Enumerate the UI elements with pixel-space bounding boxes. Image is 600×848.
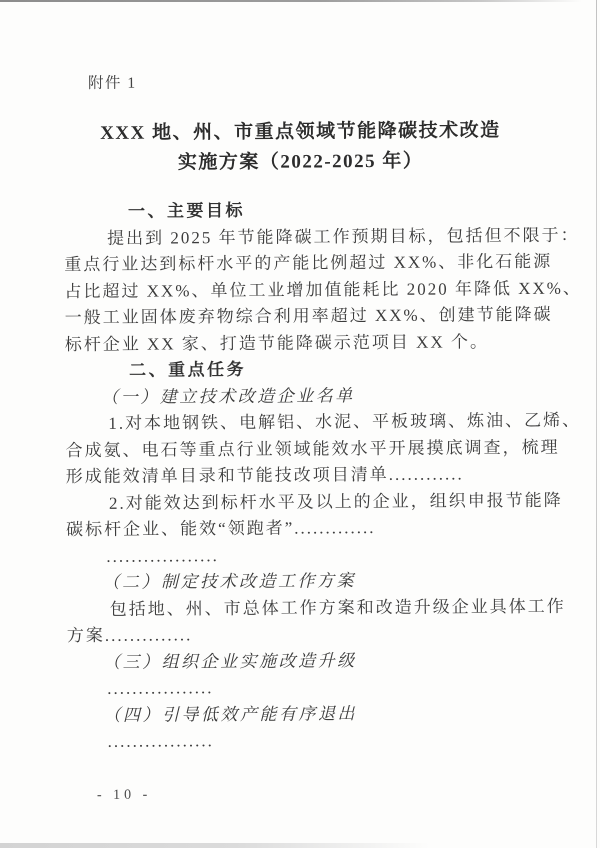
text-line: 1.对本地钢铁、电解铝、水泥、平板玻璃、炼油、乙烯、 <box>108 408 545 438</box>
paragraph-goals: 提出到 2025 年节能降碳工作预期目标，包括但不限于： 重点行业达到标杆水平的… <box>64 222 545 358</box>
document-title: XXX 地、州、市重点领域节能降碳技术改造 实施方案（2022-2025 年） <box>0 115 600 179</box>
paragraph-item-1: 1.对本地钢铁、电解铝、水泥、平板玻璃、炼油、乙烯、 合成氨、电石等重点行业领域… <box>65 408 546 491</box>
sub-heading-2: （二）制定技术改造工作方案 <box>66 567 546 597</box>
text-line: 一般工业固体废弃物综合利用率超过 XX%、创建节能降碳 <box>65 302 545 332</box>
text-line: .................. <box>106 540 546 570</box>
text-line: 形成能效清单目录和节能技改项目清单............ <box>66 461 546 491</box>
text-line: 合成氨、电石等重点行业领域能效水平开展摸底调查，梳理 <box>65 434 545 464</box>
heading-text: 二、重点任务 <box>129 355 545 384</box>
text-line: 包括地、州、市总体工作方案和改造升级企业具体工作 <box>110 593 547 623</box>
text-line: 重点行业达到标杆水平的产能比例超过 XX%、非化石能源 <box>64 249 544 279</box>
section-heading-main-goals: 一、主要目标 <box>64 196 544 226</box>
section-heading-key-tasks: 二、重点任务 <box>65 355 545 385</box>
heading-text: （二）制定技术改造工作方案 <box>102 567 546 597</box>
text-line: 2.对能效达到标杆水平及以上的企业，组织申报节能降 <box>109 487 546 517</box>
text-line: 占比超过 XX%、单位工业增加值能耗比 2020 年降低 XX%、 <box>64 275 544 305</box>
text-line: 碳标杆企业、能效“领跑者”............. <box>66 514 546 544</box>
sub-heading-3: （三）组织企业实施改造升级 <box>67 646 547 676</box>
paragraph-item-2: 2.对能效达到标杆水平及以上的企业，组织申报节能降 碳标杆企业、能效“领跑者”.… <box>66 487 546 543</box>
document-body: 一、主要目标 提出到 2025 年节能降碳工作预期目标，包括但不限于： 重点行业… <box>64 196 548 756</box>
heading-text: 一、主要目标 <box>128 196 544 225</box>
text-line: 提出到 2025 年节能降碳工作预期目标，包括但不限于： <box>107 222 544 252</box>
title-line-1: XXX 地、州、市重点领域节能降碳技术改造 <box>0 115 600 149</box>
ellipsis-line: ................. <box>67 673 547 703</box>
sub-heading-4: （四）引导低效产能有序退出 <box>67 699 547 729</box>
text-line: 标杆企业 XX 家、打造节能降碳示范项目 XX 个。 <box>65 328 545 358</box>
paragraph-plan: 包括地、州、市总体工作方案和改造升级企业具体工作 方案.............… <box>67 593 547 649</box>
heading-text: （三）组织企业实施改造升级 <box>103 646 547 676</box>
sub-heading-1: （一）建立技术改造企业名单 <box>65 381 545 411</box>
ellipsis-line: .................. <box>66 540 546 570</box>
heading-text: （一）建立技术改造企业名单 <box>101 381 545 411</box>
title-line-2: 实施方案（2022-2025 年） <box>0 145 600 179</box>
text-line: ................. <box>107 673 547 703</box>
heading-text: （四）引导低效产能有序退出 <box>103 699 547 729</box>
text-line: 方案.............. <box>67 620 547 650</box>
text-line: ................. <box>108 726 548 756</box>
document-page: 附件 1 XXX 地、州、市重点领域节能降碳技术改造 实施方案（2022-202… <box>0 0 600 848</box>
attachment-label: 附件 1 <box>88 71 137 93</box>
ellipsis-line: ................. <box>68 726 548 756</box>
page-number: - 10 - <box>97 788 151 804</box>
